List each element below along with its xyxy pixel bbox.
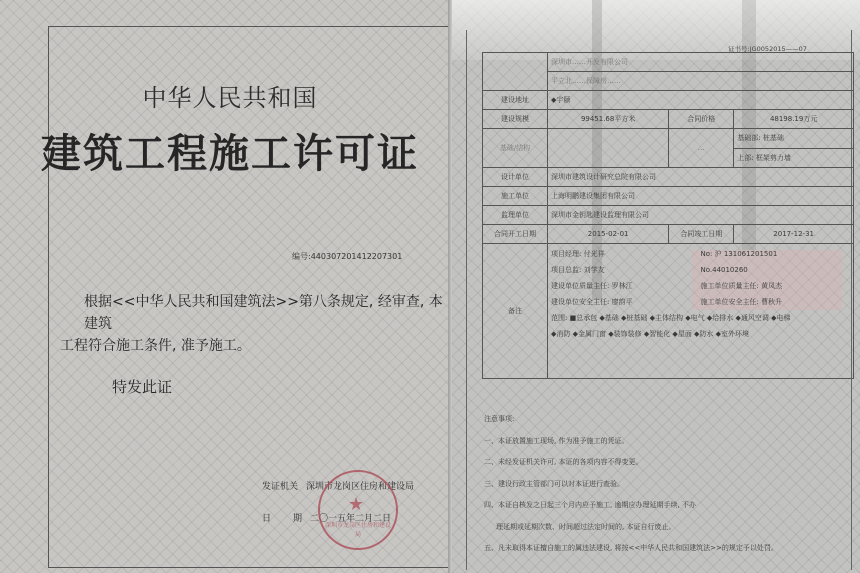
notes-section: 注意事项: 一、本证放置施工现场, 作为准予施工的凭证。 二、未经发证机关许可,… xyxy=(484,409,844,560)
remarks-cell: 项目经理: 付光祥No: 沪 131061201501 项目总监: 刘学友No.… xyxy=(548,244,854,379)
table-row: 备注 项目经理: 付光祥No: 沪 131061201501 项目总监: 刘学友… xyxy=(483,244,854,379)
row-value: 深圳市……开发有限公司 xyxy=(548,53,854,72)
row-value: 48198.19万元 xyxy=(734,110,854,129)
remark-right: No.44010260 xyxy=(701,262,748,278)
remark-left: 建设单位安全主任: 廖韵平 xyxy=(551,294,701,310)
row-value: 基础部: 桩基础 xyxy=(734,129,854,149)
serial-label: 编号: xyxy=(292,252,311,261)
remark-row: 项目经理: 付光祥No: 沪 131061201501 xyxy=(551,246,850,262)
row-value: ◆宇颐 xyxy=(548,91,854,110)
permit-statement: 根据<<中华人民共和国建筑法>>第八条规定, 经审查, 本建筑 工程符合施工条件… xyxy=(84,291,454,357)
row-label: 建设规模 xyxy=(483,110,548,129)
document-title: 建筑工程施工许可证 xyxy=(0,122,460,179)
row-value: 2015-02-01 xyxy=(548,225,669,244)
remark-row: 项目总监: 刘学友No.44010260 xyxy=(551,262,850,278)
remark-row: 建设单位质量主任: 罗林江施工单位质量主任: 黄凤杰 xyxy=(551,278,850,294)
row-value: 2017-12-31 xyxy=(734,225,854,244)
remark-right: No: 沪 131061201501 xyxy=(701,246,778,262)
remark-left: 项目经理: 付光祥 xyxy=(551,246,701,262)
row-label: 合同开工日期 xyxy=(483,225,548,244)
table-row: 基础/结构 … 基础部: 桩基础 xyxy=(483,129,854,149)
seal-star-icon: ★ xyxy=(348,494,364,515)
seal-text: 深圳市龙岗区住房和建设局 xyxy=(324,520,392,538)
table-row: 施工单位 上海明鹏建设集团有限公司 xyxy=(483,187,854,206)
remarks-label: 备注 xyxy=(483,244,548,379)
row-value: 上海明鹏建设集团有限公司 xyxy=(548,187,854,206)
row-value xyxy=(548,129,669,168)
row-label: 建设地址 xyxy=(483,91,548,110)
issuer-label: 发证机关 xyxy=(262,479,298,492)
row-label: 施工单位 xyxy=(483,187,548,206)
note-item: 一、本证放置施工现场, 作为准予施工的凭证。 xyxy=(484,431,844,453)
row-label: 基础/结构 xyxy=(483,129,548,168)
note-item: 二、未经发证机关许可, 本证的各项内容不得变更。 xyxy=(484,452,844,474)
remark-right: 施工单位质量主任: 黄凤杰 xyxy=(701,278,783,294)
row-value: 上部: 框架剪力墙 xyxy=(734,148,854,168)
remark-row: 建设单位安全主任: 廖韵平施工单位安全主任: 曹秋升 xyxy=(551,294,850,310)
row-label: 合同价格 xyxy=(669,110,734,129)
special-issue-text: 特发此证 xyxy=(112,376,172,397)
row-value: 深圳市金钥匙建设监理有限公司 xyxy=(548,206,854,225)
statement-line-2: 工程符合施工条件, 准予施工。 xyxy=(60,335,454,357)
table-row: 深圳市……开发有限公司 xyxy=(483,53,854,72)
row-label: 合同竣工日期 xyxy=(669,225,734,244)
table-row: 合同开工日期 2015-02-01 合同竣工日期 2017-12-31 xyxy=(483,225,854,244)
row-value: 99451.68平方米 xyxy=(548,110,669,129)
row-label: 监理单位 xyxy=(483,206,548,225)
row-value: … xyxy=(669,129,734,168)
row-value: 平立北……保障房…… xyxy=(548,72,854,91)
official-seal: ★ 深圳市龙岗区住房和建设局 xyxy=(318,470,398,550)
scope-line-1: 范围: ■总承包 ◆基础 ◆桩基础 ◆主体结构 ◆电气 ◆给排水 ◆通风空调 ◆… xyxy=(551,310,850,326)
remark-right: 施工单位安全主任: 曹秋升 xyxy=(701,294,783,310)
serial-number: 440307201412207301 xyxy=(311,252,403,261)
table-row: 设计单位 深圳市建筑设计研究总院有限公司 xyxy=(483,168,854,187)
row-value: 深圳市建筑设计研究总院有限公司 xyxy=(548,168,854,187)
row-label xyxy=(483,53,548,91)
table-row: 建设规模 99451.68平方米 合同价格 48198.19万元 xyxy=(483,110,854,129)
scope-line-2: ◆消防 ◆金属门窗 ◆装饰装修 ◆智能化 ◆屋面 ◆防水 ◆室外环境 xyxy=(551,326,850,342)
permit-details-table: 深圳市……开发有限公司 平立北……保障房…… 建设地址 ◆宇颐 建设规模 994… xyxy=(482,52,854,379)
note-item: 五、凡未取得本证擅自施工的属违法建设, 将按<<中华人民共和国建筑法>>的规定予… xyxy=(484,538,844,560)
note-item: 四、本证自核发之日起三个月内应予施工, 逾期应办理延期手续, 不办 xyxy=(484,495,844,517)
statement-line-1: 根据<<中华人民共和国建筑法>>第八条规定, 经审查, 本建筑 xyxy=(84,291,454,335)
permit-cover-page: 中华人民共和国 建筑工程施工许可证 编号:440307201412207301 … xyxy=(0,0,460,573)
notes-title: 注意事项: xyxy=(484,409,844,431)
note-item: 三、建设行政主管部门可以对本证进行查验。 xyxy=(484,474,844,496)
remark-left: 建设单位质量主任: 罗林江 xyxy=(551,278,701,294)
remark-left: 项目总监: 刘学友 xyxy=(551,262,701,278)
note-item: 理延期或延期次数、时间超过法定时间的, 本证自行废止。 xyxy=(484,517,844,539)
country-title: 中华人民共和国 xyxy=(0,78,460,113)
table-row: 建设地址 ◆宇颐 xyxy=(483,91,854,110)
table-row: 监理单位 深圳市金钥匙建设监理有限公司 xyxy=(483,206,854,225)
permit-serial: 编号:440307201412207301 xyxy=(292,251,402,262)
row-label: 设计单位 xyxy=(483,168,548,187)
